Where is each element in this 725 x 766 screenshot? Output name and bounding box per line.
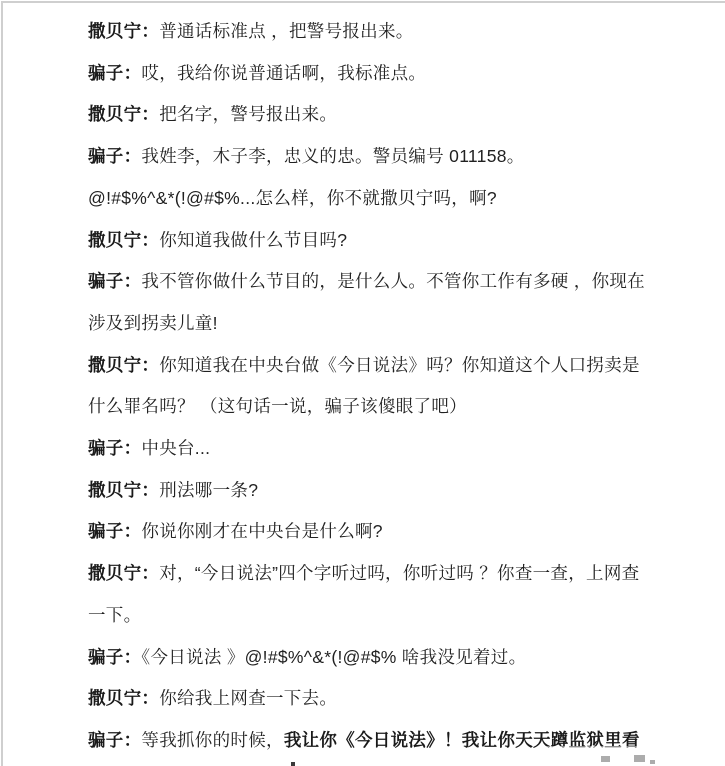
- dialogue-line: 撒贝宁：刑法哪一条?: [88, 470, 651, 512]
- dialogue-line: 骗子：《今日说法 》@!#$%^&*(!@#$% 啥我没见着过。: [88, 637, 651, 679]
- utterance-text: 刑法哪一条?: [159, 480, 258, 500]
- speaker-name: 骗子：: [88, 271, 141, 291]
- utterance-text: 我不管你做什么节目的，是什么人。不管你工作有多硬 ，你现在涉及到拐卖儿童!: [88, 271, 645, 333]
- speaker-name: 骗子：: [88, 438, 141, 458]
- speaker-name: 撒贝宁：: [88, 21, 159, 41]
- utterance-text: 你知道我做什么节目吗?: [159, 230, 347, 250]
- dialogue-line: 骗子：中央台...: [88, 428, 651, 470]
- utterance-text: 《今日说法 》@!#$%^&*(!@#$% 啥我没见着过。: [141, 647, 526, 667]
- dialogue-line: 撒贝宁：你知道我在中央台做《今日说法》吗？你知道这个人口拐卖是什么罪名吗？ （这…: [88, 345, 651, 428]
- dialogue-line: 骗子：我姓李，木子李，忠义的忠。警员编号 011158。: [88, 136, 651, 178]
- utterance-bold-text: 我让你《今日说法》！我让你天天蹲监狱里看: [284, 730, 640, 750]
- speaker-name: 撒贝宁：: [88, 563, 159, 583]
- speaker-name: 骗子：: [88, 647, 141, 667]
- dialogue-line: 撒贝宁：对，“今日说法”四个字听过吗，你听过吗 ？你查一查，上网查一下。: [88, 553, 651, 636]
- speaker-name: 撒贝宁：: [88, 104, 159, 124]
- dialogue-line: 撒贝宁：把名字，警号报出来。: [88, 94, 651, 136]
- speaker-name: 骗子：: [88, 146, 141, 166]
- speaker-name: 撒贝宁：: [88, 480, 159, 500]
- dialogue-line: @!#$%^&*(!@#$%...怎么样，你不就撒贝宁吗，啊?: [88, 178, 651, 220]
- speaker-name: 骗子：: [88, 730, 141, 750]
- utterance-text: 我姓李，木子李，忠义的忠。警员编号 011158。: [141, 146, 524, 166]
- dialogue-line: 骗子：我不管你做什么节目的，是什么人。不管你工作有多硬 ，你现在涉及到拐卖儿童!: [88, 261, 651, 344]
- utterance-text: @!#$%^&*(!@#$%...怎么样，你不就撒贝宁吗，啊?: [88, 188, 497, 208]
- dialogue-line: 撒贝宁：你知道我做什么节目吗?: [88, 220, 651, 262]
- speaker-name: 骗子：: [88, 521, 141, 541]
- speaker-name: 撒贝宁：: [88, 688, 159, 708]
- speaker-name: 骗子：: [88, 63, 141, 83]
- utterance-text: 普通话标准点 ，把警号报出来。: [159, 21, 413, 41]
- utterance-text: 对，“今日说法”四个字听过吗，你听过吗 ？你查一查，上网查一下。: [88, 563, 639, 625]
- utterance-text: 等我抓你的时候，: [141, 730, 283, 750]
- speaker-name: 撒贝宁：: [88, 355, 159, 375]
- dialogue-line: 撒贝宁：你给我上网查一下去。: [88, 678, 651, 720]
- dialogue-line: 骗子：你说你刚才在中央台是什么啊?: [88, 511, 651, 553]
- clipped-next-line-tip: [291, 762, 295, 766]
- utterance-text: 把名字，警号报出来。: [159, 104, 337, 124]
- utterance-text: 哎，我给你说普通话啊，我标准点。: [141, 63, 426, 83]
- dialogue-line: 撒贝宁：普通话标准点 ，把警号报出来。: [88, 11, 651, 53]
- utterance-text: 你知道我在中央台做《今日说法》吗？你知道这个人口拐卖是什么罪名吗？ （这句话一说…: [88, 355, 640, 417]
- article-page: 撒贝宁：普通话标准点 ，把警号报出来。骗子：哎，我给你说普通话啊，我标准点。撒贝…: [0, 0, 725, 766]
- utterance-text: 你给我上网查一下去。: [159, 688, 337, 708]
- utterance-text: 中央台...: [141, 438, 210, 458]
- dialogue-line: 骗子：等我抓你的时候，我让你《今日说法》！我让你天天蹲监狱里看: [88, 720, 651, 762]
- dialogue-line: 骗子：哎，我给你说普通话啊，我标准点。: [88, 53, 651, 95]
- speaker-name: 撒贝宁：: [88, 230, 159, 250]
- utterance-text: 你说你刚才在中央台是什么啊?: [141, 521, 382, 541]
- dialogue: 撒贝宁：普通话标准点 ，把警号报出来。骗子：哎，我给你说普通话啊，我标准点。撒贝…: [88, 11, 651, 762]
